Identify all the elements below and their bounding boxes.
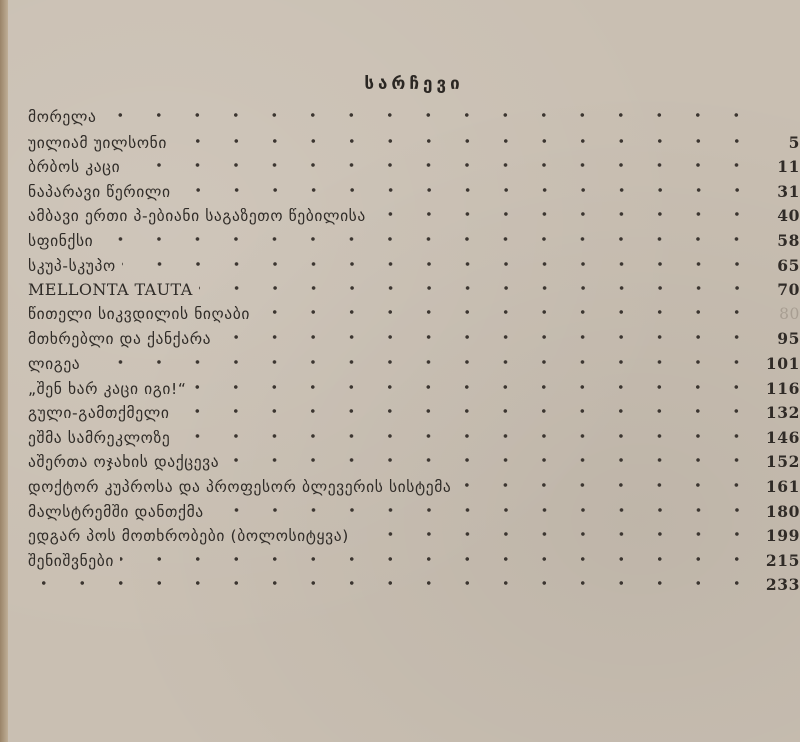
toc-entry-page: 11 <box>756 157 800 176</box>
toc-entry: გული-გამთქმელი 132 <box>28 403 800 428</box>
dot-leader <box>86 355 756 369</box>
toc-entry-page: 233 <box>756 575 800 594</box>
toc-entry-title: მთხრებლი და ქანქარა <box>28 330 217 348</box>
toc-entry: 233 <box>28 575 800 600</box>
toc-entry: ამბავი ერთი პ-ებიანი საგაზეთო წებილისა 4… <box>28 206 800 231</box>
toc-entry-title: ამბავი ერთი პ-ებიანი საგაზეთო წებილისა <box>28 207 372 225</box>
dot-leader <box>457 478 756 492</box>
dot-leader <box>192 380 756 394</box>
toc-entry-page: 152 <box>756 452 800 471</box>
toc-entry-title: უილიამ უილსონი <box>28 134 173 152</box>
toc-entry-page: 215 <box>756 551 800 570</box>
table-of-contents: მორელა უილიამ უილსონი 5 ბრბოს კაცი 11 ნა… <box>28 108 800 600</box>
toc-entry-title: აშერთა ოჯახის დაქცევა <box>28 453 225 471</box>
dot-leader <box>199 281 756 295</box>
toc-entry-page: 70 <box>756 280 800 299</box>
toc-entry-page: 180 <box>756 502 800 521</box>
toc-entry: მალსტრემში დანთქმა 180 <box>28 502 800 527</box>
dot-leader <box>120 552 756 566</box>
toc-entry: მთხრებლი და ქანქარა 95 <box>28 329 800 354</box>
toc-entry-page: 65 <box>756 256 800 275</box>
toc-entry-title: მორელა <box>28 108 102 126</box>
toc-entry-title: წითელი სიკვდილის ნიღაბი <box>28 305 256 323</box>
toc-entry: სკუპ-სკუპო 65 <box>28 256 800 281</box>
toc-entry-page: 95 <box>756 329 800 348</box>
dot-leader <box>173 134 756 148</box>
book-spine-edge <box>0 0 8 742</box>
toc-entry-page: 80 <box>756 305 800 323</box>
toc-entry: MELLONTA TAUTA 70 <box>28 280 800 305</box>
toc-entry-page: 161 <box>756 477 800 496</box>
toc-page: სარჩევი მორელა უილიამ უილსონი 5 ბრბოს კა… <box>28 0 800 742</box>
toc-entry-title: სკუპ-სკუპო <box>28 257 122 275</box>
dot-leader <box>256 305 756 319</box>
toc-entry-title: ბრბოს კაცი <box>28 158 126 176</box>
dot-leader <box>372 207 756 221</box>
toc-entry: სფინქსი 58 <box>28 231 800 256</box>
toc-entry-page: 31 <box>756 182 800 201</box>
toc-entry-page: 58 <box>756 231 800 250</box>
toc-entry-title: დოქტორ კუპროსა და პროფესორ ბლევერის სისტ… <box>28 478 457 496</box>
toc-entry-page: 40 <box>756 206 800 225</box>
dot-leader <box>177 183 756 197</box>
dot-leader <box>217 330 756 344</box>
toc-entry-title: სფინქსი <box>28 232 99 250</box>
dot-leader <box>175 404 756 418</box>
toc-entry: ედგარ პოს მოთხრობები (ბოლოსიტყვა) 199 <box>28 526 800 551</box>
toc-entry-title: შენიშვნები <box>28 552 120 570</box>
toc-entry: შენიშვნები 215 <box>28 551 800 576</box>
dot-leader <box>99 232 756 246</box>
toc-entry: დოქტორ კუპროსა და პროფესორ ბლევერის სისტ… <box>28 477 800 502</box>
toc-entry-title: მალსტრემში დანთქმა <box>28 503 210 521</box>
dot-leader <box>34 576 756 590</box>
toc-entry: აშერთა ოჯახის დაქცევა 152 <box>28 452 800 477</box>
toc-entry-page: 101 <box>756 354 800 373</box>
toc-entry-title: ნაპარავი წერილი <box>28 183 177 201</box>
dot-leader <box>210 503 756 517</box>
toc-entry: ბრბოს კაცი 11 <box>28 157 800 182</box>
dot-leader <box>122 257 756 271</box>
dot-leader <box>225 453 756 467</box>
toc-entry-title: „შენ ხარ კაცი იგი!“ <box>28 380 192 398</box>
toc-entry-page: 199 <box>756 526 800 545</box>
toc-entry: „შენ ხარ კაცი იგი!“ 116 <box>28 379 800 404</box>
toc-entry-title: ედგარ პოს მოთხრობები (ბოლოსიტყვა) <box>28 527 355 545</box>
toc-entry-page: 132 <box>756 403 800 422</box>
toc-entry: ნაპარავი წერილი 31 <box>28 182 800 207</box>
page-title: სარჩევი <box>28 74 800 94</box>
dot-leader <box>176 429 756 443</box>
toc-entry: წითელი სიკვდილის ნიღაბი 80 <box>28 305 800 330</box>
toc-entry-title: გული-გამთქმელი <box>28 404 175 422</box>
dot-leader <box>126 158 756 172</box>
toc-entry-page: 146 <box>756 428 800 447</box>
toc-entry-title: MELLONTA TAUTA <box>28 280 199 299</box>
toc-entry-page: 116 <box>756 379 800 398</box>
toc-entry-page: 5 <box>756 133 800 152</box>
toc-entry-title: ლიგეა <box>28 355 86 373</box>
toc-entry-title: ეშმა სამრეკლოზე <box>28 429 176 447</box>
toc-entry: მორელა <box>28 108 800 133</box>
toc-entry: ლიგეა 101 <box>28 354 800 379</box>
dot-leader <box>355 527 756 541</box>
toc-entry: ეშმა სამრეკლოზე 146 <box>28 428 800 453</box>
toc-entry: უილიამ უილსონი 5 <box>28 133 800 158</box>
dot-leader <box>102 108 756 122</box>
